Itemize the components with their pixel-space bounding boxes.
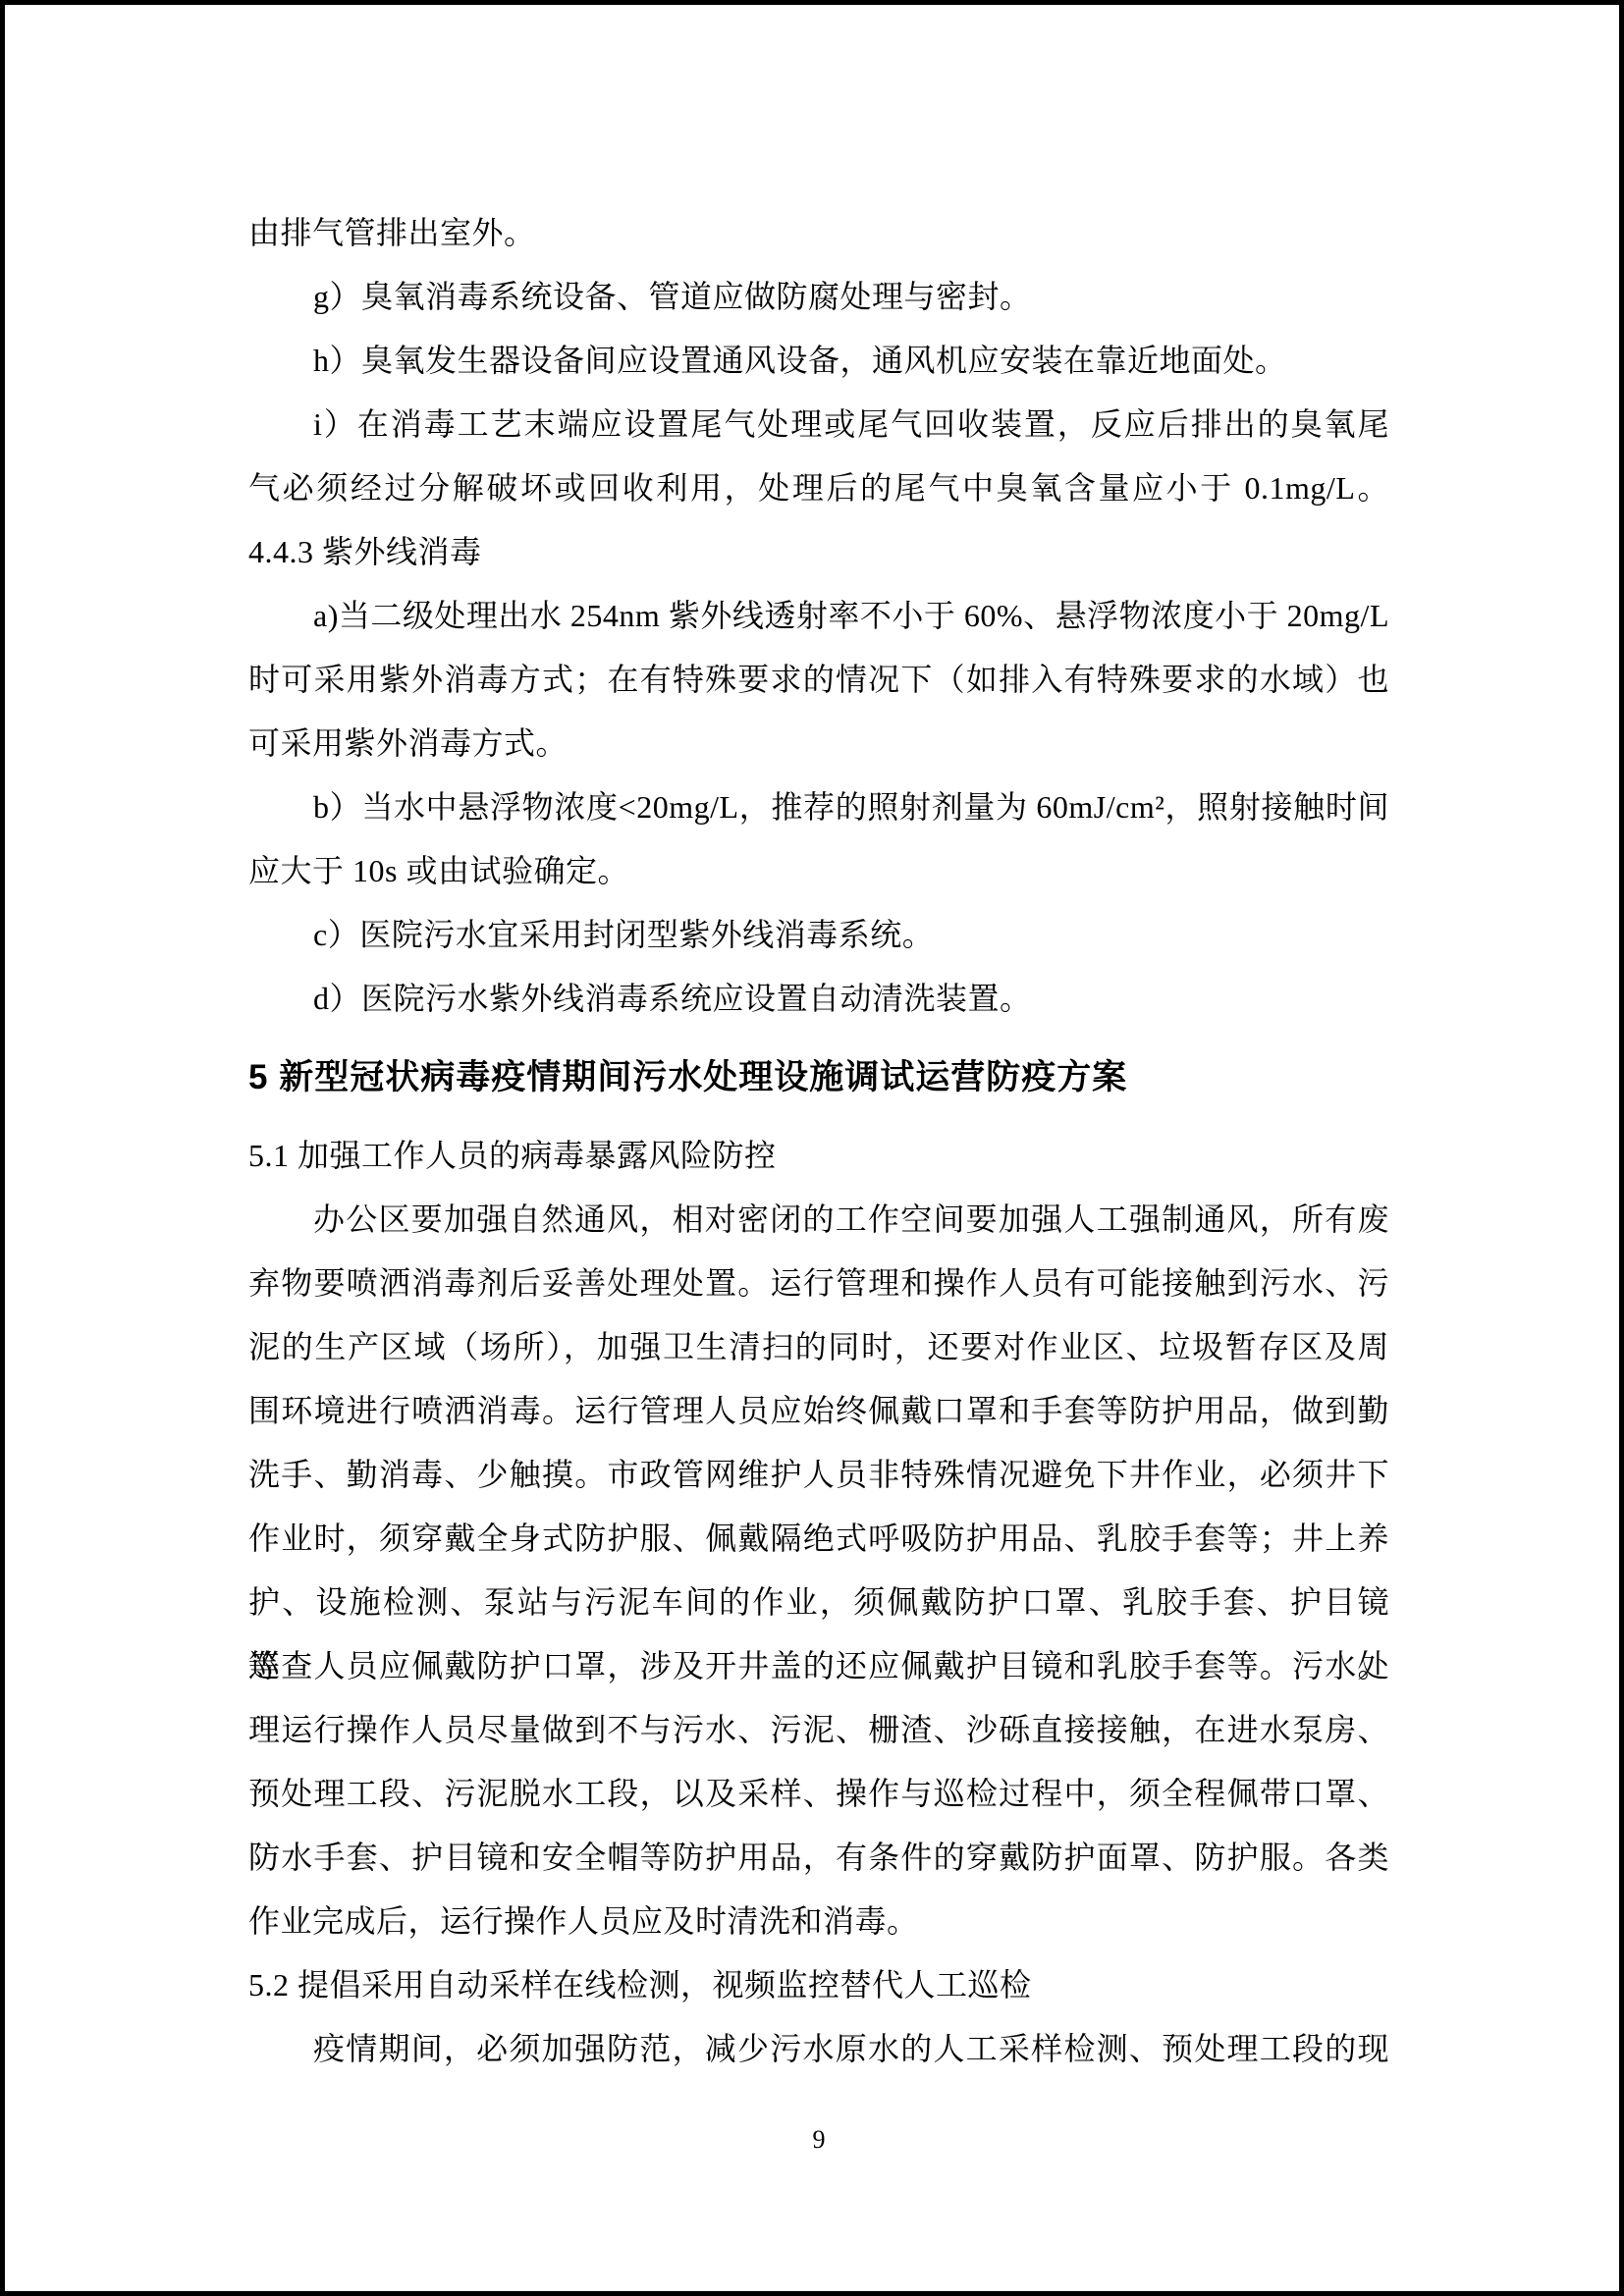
text-line: 巡查人员应佩戴防护口罩，涉及开井盖的还应佩戴护目镜和乳胶手套等。污水处: [248, 1634, 1389, 1698]
text-line: i）在消毒工艺末端应设置尾气处理或尾气回收装置，反应后排出的臭氧尾: [248, 393, 1389, 456]
text-line: b）当水中悬浮物浓度<20mg/L，推荐的照射剂量为 60mJ/cm²，照射接触…: [248, 775, 1389, 839]
text-line: 气必须经过分解破坏或回收利用，处理后的尾气中臭氧含量应小于 0.1mg/L。: [248, 456, 1389, 520]
text-line: 作业时，须穿戴全身式防护服、佩戴隔绝式呼吸防护用品、乳胶手套等；井上养: [248, 1507, 1389, 1571]
text-line: 预处理工段、污泥脱水工段，以及采样、操作与巡检过程中，须全程佩带口罩、: [248, 1762, 1389, 1826]
section-heading-5: 5 新型冠状病毒疫情期间污水处理设施调试运营防疫方案: [248, 1031, 1389, 1124]
text-line: 可采用紫外消毒方式。: [248, 712, 1389, 775]
text-line: d）医院污水紫外线消毒系统应设置自动清洗装置。: [248, 967, 1389, 1031]
section-heading-4-4-3: 4.4.3 紫外线消毒: [248, 520, 1389, 584]
text-line: 理运行操作人员尽量做到不与污水、污泥、栅渣、沙砾直接接触，在进水泵房、: [248, 1698, 1389, 1762]
text-line: 疫情期间，必须加强防范，减少污水原水的人工采样检测、预处理工段的现: [248, 2017, 1389, 2081]
text-line: 办公区要加强自然通风，相对密闭的工作空间要加强人工强制通风，所有废: [248, 1188, 1389, 1252]
section-heading-5-1: 5.1 加强工作人员的病毒暴露风险防控: [248, 1124, 1389, 1188]
text-line: 应大于 10s 或由试验确定。: [248, 839, 1389, 903]
text-line: 弃物要喷洒消毒剂后妥善处理处置。运行管理和操作人员有可能接触到污水、污: [248, 1252, 1389, 1315]
text-line: a)当二级处理出水 254nm 紫外线透射率不小于 60%、悬浮物浓度小于 20…: [248, 584, 1389, 648]
text-line: 作业完成后，运行操作人员应及时清洗和消毒。: [248, 1890, 1389, 1953]
page-number: 9: [248, 2125, 1389, 2155]
text-line: 防水手套、护目镜和安全帽等防护用品，有条件的穿戴防护面罩、防护服。各类: [248, 1826, 1389, 1890]
document-page: 由排气管排出室外。g）臭氧消毒系统设备、管道应做防腐处理与密封。h）臭氧发生器设…: [0, 0, 1624, 2296]
text-line: 泥的生产区域（场所），加强卫生清扫的同时，还要对作业区、垃圾暂存区及周: [248, 1315, 1389, 1379]
section-heading-5-2: 5.2 提倡采用自动采样在线检测，视频监控替代人工巡检: [248, 1953, 1389, 2017]
text-line: h）臭氧发生器设备间应设置通风设备，通风机应安装在靠近地面处。: [248, 329, 1389, 393]
text-line: 洗手、勤消毒、少触摸。市政管网维护人员非特殊情况避免下井作业，必须井下: [248, 1443, 1389, 1507]
text-line: 由排气管排出室外。: [248, 201, 1389, 265]
text-line: 围环境进行喷洒消毒。运行管理人员应始终佩戴口罩和手套等防护用品，做到勤: [248, 1379, 1389, 1443]
text-line: c）医院污水宜采用封闭型紫外线消毒系统。: [248, 903, 1389, 967]
text-line: 护、设施检测、泵站与污泥车间的作业，须佩戴防护口罩、乳胶手套、护目镜等。: [248, 1571, 1389, 1634]
text-line: 时可采用紫外消毒方式；在有特殊要求的情况下（如排入有特殊要求的水域）也: [248, 648, 1389, 712]
text-line: g）臭氧消毒系统设备、管道应做防腐处理与密封。: [248, 265, 1389, 329]
document-body: 由排气管排出室外。g）臭氧消毒系统设备、管道应做防腐处理与密封。h）臭氧发生器设…: [248, 201, 1389, 2081]
